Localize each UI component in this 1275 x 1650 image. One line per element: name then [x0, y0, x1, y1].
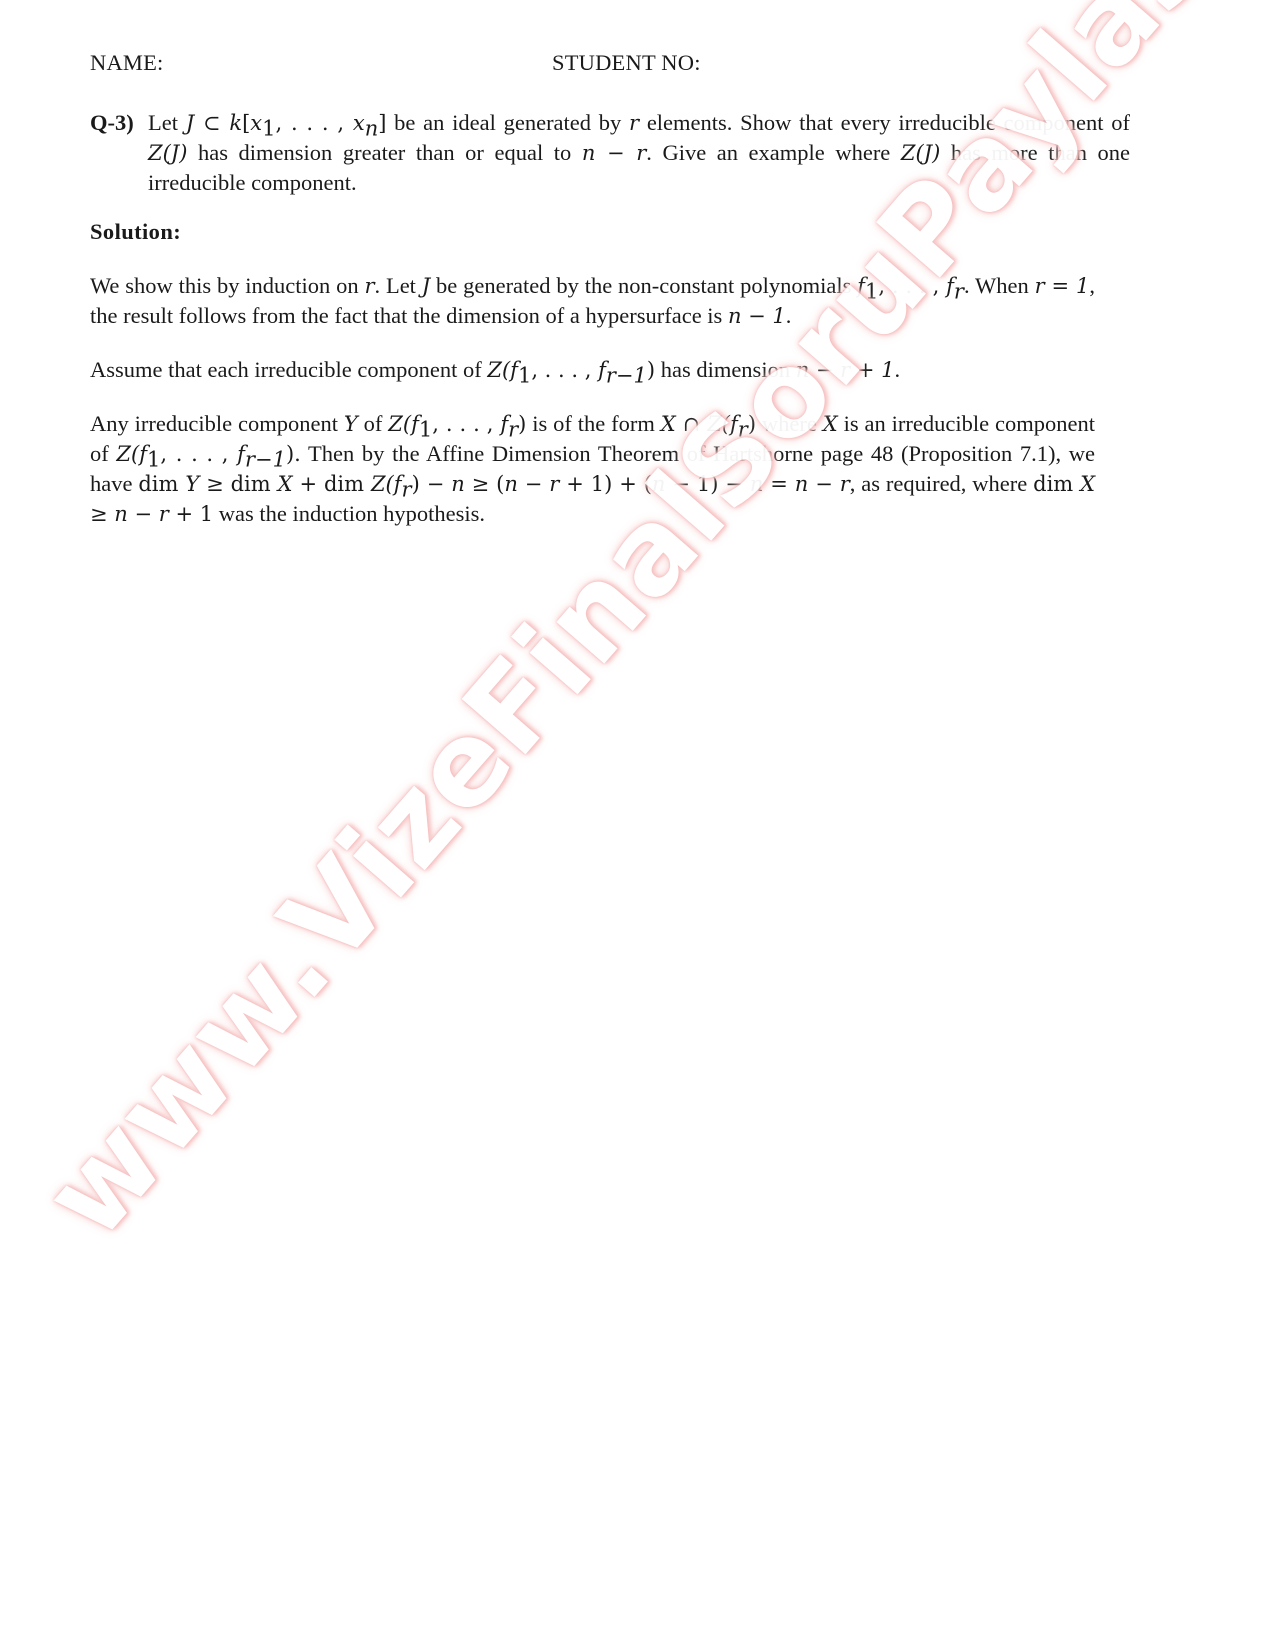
- text: We show this by induction on: [90, 273, 364, 298]
- math: f: [946, 274, 954, 298]
- solution-paragraph-3: Any irreducible component Y of Z(f1, . .…: [90, 409, 1095, 529]
- math: n: [451, 472, 465, 496]
- math: f: [411, 412, 419, 436]
- text: .: [786, 303, 792, 328]
- math: Z(: [388, 412, 411, 436]
- math: r−1: [245, 448, 286, 472]
- math: f: [730, 412, 738, 436]
- math: Y: [344, 412, 358, 436]
- math: r: [629, 111, 639, 135]
- question-number: Q-3): [90, 108, 134, 138]
- solution-paragraph-1: We show this by induction on r. Let J be…: [90, 271, 1095, 331]
- math: Z(: [116, 442, 139, 466]
- math: k: [229, 111, 242, 135]
- text: .: [895, 357, 901, 382]
- math: ≥ dim: [199, 472, 277, 496]
- math: r: [954, 280, 964, 304]
- math: n: [750, 472, 764, 496]
- student-no-label: STUDENT NO:: [552, 50, 701, 76]
- text: of: [358, 411, 389, 436]
- math: ≥ (: [465, 472, 505, 496]
- text: Assume that each irreducible component o…: [90, 357, 487, 382]
- math: f: [500, 412, 508, 436]
- math: ⊂: [194, 111, 229, 135]
- math: Y: [185, 472, 199, 496]
- math: X: [1080, 472, 1095, 496]
- math: 1: [147, 448, 160, 472]
- math: r: [402, 478, 412, 502]
- math: X: [278, 472, 293, 496]
- text: Let: [148, 110, 186, 135]
- math: r−1: [606, 364, 647, 388]
- math: x: [250, 111, 262, 135]
- math: 1: [419, 418, 432, 442]
- text: has dimension greater than or equal to: [187, 140, 581, 165]
- math: n − r: [582, 141, 646, 165]
- math: n − r: [795, 472, 850, 496]
- math: 1: [262, 117, 275, 141]
- math: J: [186, 111, 194, 135]
- math: 1: [865, 280, 878, 304]
- math: n: [365, 117, 379, 141]
- text: be an ideal generated by: [386, 110, 629, 135]
- math: Z(: [371, 472, 394, 496]
- math: n − r: [504, 472, 559, 496]
- math: − 1) −: [665, 472, 749, 496]
- math: n − 1: [728, 304, 786, 328]
- question-text: Let J ⊂ k[x1, . . . , xn] be an ideal ge…: [148, 108, 1130, 198]
- math: ): [748, 412, 756, 436]
- math: f: [394, 472, 402, 496]
- text: has dimension: [655, 357, 796, 382]
- math: X: [823, 412, 838, 436]
- text: where: [756, 411, 823, 436]
- math: ): [647, 358, 655, 382]
- solution-heading: Solution:: [90, 219, 181, 245]
- math: + dim: [293, 472, 371, 496]
- math: f: [237, 442, 245, 466]
- text: is of the form: [526, 411, 660, 436]
- math: , . . . ,: [878, 274, 946, 298]
- math: , . . . ,: [276, 111, 353, 135]
- text: . Give an example where: [646, 140, 901, 165]
- math: , . . . ,: [531, 358, 598, 382]
- math: f: [139, 442, 147, 466]
- text: . Let: [374, 273, 421, 298]
- math: J: [422, 274, 430, 298]
- math: , . . . ,: [432, 412, 500, 436]
- math: f: [857, 274, 865, 298]
- math: n: [652, 472, 666, 496]
- math: dim: [138, 472, 185, 496]
- math: n − r + 1: [796, 358, 895, 382]
- dimension-inequality: dim Y ≥ dim X + dim Z(fr) − n ≥ (n − r +…: [138, 471, 849, 496]
- math: ).: [286, 442, 301, 466]
- math: dim: [1033, 472, 1080, 496]
- math: r: [738, 418, 748, 442]
- math: =: [763, 472, 794, 496]
- math: r: [364, 274, 374, 298]
- math: + 1: [169, 502, 213, 526]
- text: was the induction hypothesis.: [213, 501, 485, 526]
- math: Z(: [487, 358, 510, 382]
- math: f: [510, 358, 518, 382]
- text: . When: [964, 273, 1035, 298]
- math: X ∩ Z(: [661, 412, 730, 436]
- math: ≥: [90, 502, 114, 526]
- math: , . . . ,: [160, 442, 237, 466]
- solution-paragraph-2: Assume that each irreducible component o…: [90, 355, 1095, 385]
- math: Z(J): [901, 141, 940, 165]
- name-label: NAME:: [90, 50, 164, 76]
- text: Any irreducible component: [90, 411, 344, 436]
- math: n − r: [114, 502, 169, 526]
- text: elements. Show that every irreducible co…: [639, 110, 1130, 135]
- math: r = 1: [1035, 274, 1090, 298]
- question-block: Q-3) Let J ⊂ k[x1, . . . , xn] be an ide…: [90, 108, 1130, 198]
- math: f: [598, 358, 606, 382]
- math: x: [353, 111, 365, 135]
- exam-page: NAME: STUDENT NO: Q-3) Let J ⊂ k[x1, . .…: [0, 0, 1275, 1650]
- math: ) −: [412, 472, 452, 496]
- math: + 1) + (: [559, 472, 652, 496]
- math: r: [508, 418, 518, 442]
- math: 1: [518, 364, 531, 388]
- math: Z(J): [148, 141, 187, 165]
- text: , as required, where: [850, 471, 1033, 496]
- text: be generated by the non-constant polynom…: [430, 273, 857, 298]
